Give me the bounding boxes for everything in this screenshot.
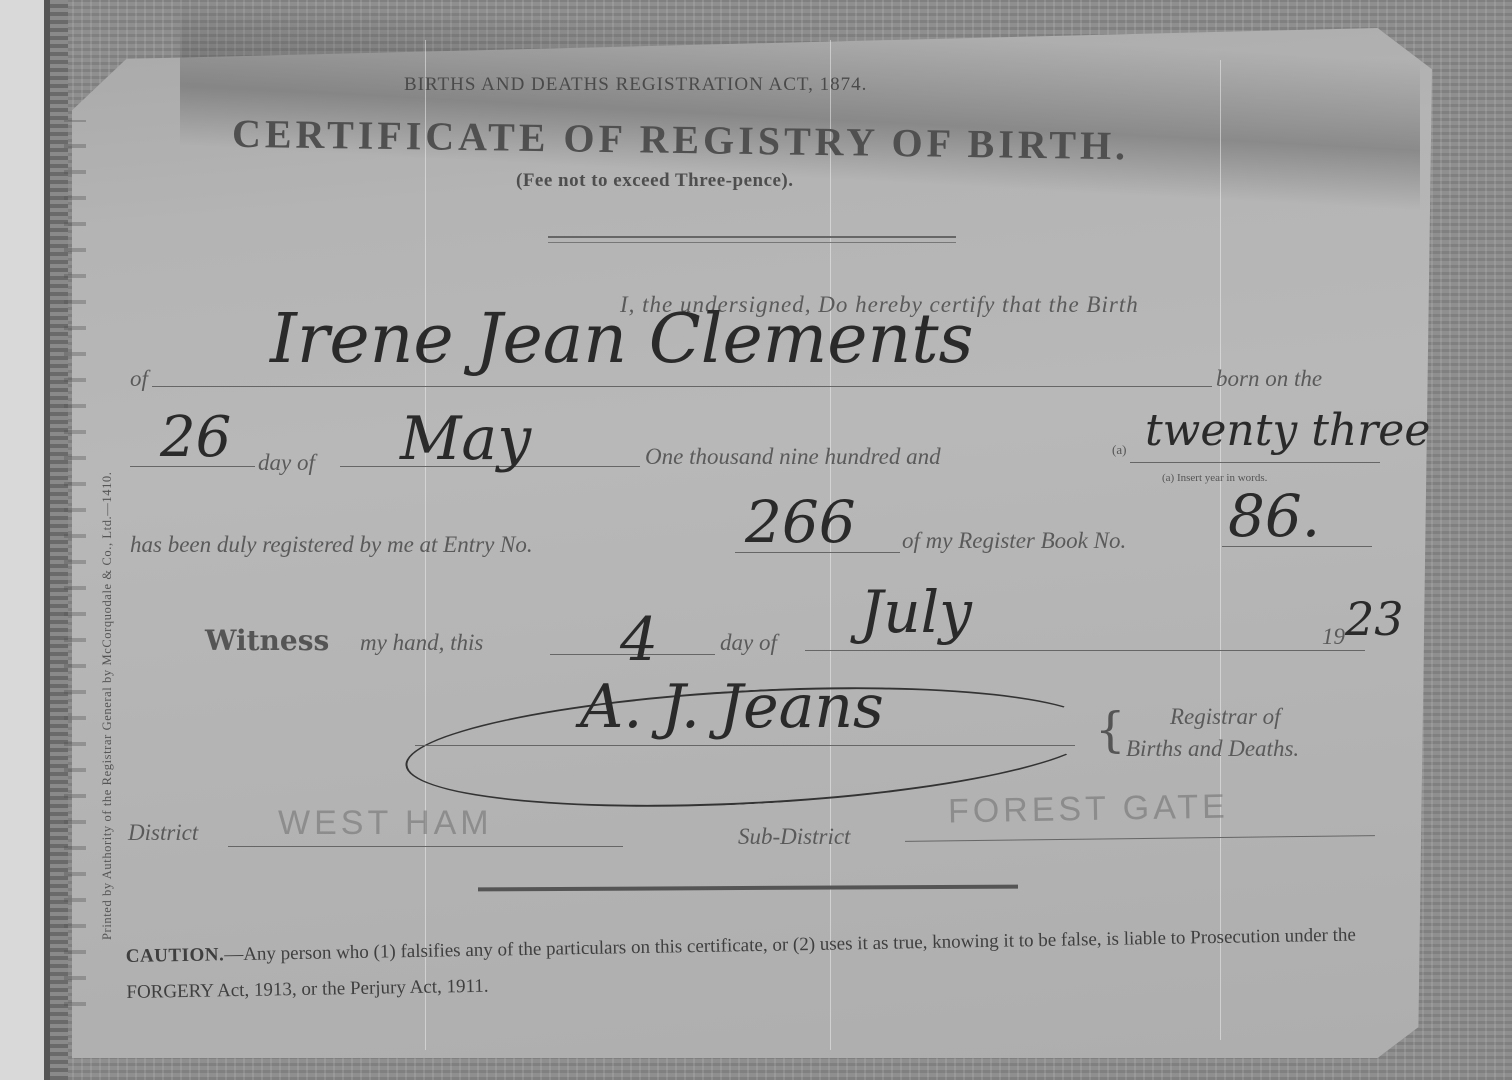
register-book-number: 86. (1228, 482, 1320, 550)
name-field-line (152, 386, 1212, 387)
registered-text: has been duly registered by me at Entry … (130, 532, 533, 558)
district-stamp: WEST HAM (278, 804, 493, 843)
child-name: Irene Jean Clements (270, 300, 973, 379)
caution-label: CAUTION. (126, 944, 225, 967)
district-line (228, 846, 623, 847)
district-label: District (128, 820, 198, 846)
year-prefix: One thousand nine hundred and (645, 444, 941, 470)
witness-day-of-label: day of (720, 630, 777, 656)
decorative-border (64, 120, 86, 1020)
left-page-edge (0, 0, 50, 1080)
signature-line (415, 745, 1075, 746)
born-on-label: born on the (1216, 366, 1322, 392)
registrar-title-line2: Births and Deaths. (1126, 736, 1299, 762)
witness-year-suffix: 23 (1345, 592, 1404, 646)
witness-month: July (860, 578, 972, 646)
registrar-signature: A. J. Jeans (580, 672, 884, 742)
entry-number: 266 (745, 488, 856, 556)
birth-year-words: twenty three (1145, 405, 1430, 456)
birth-day: 26 (160, 405, 231, 470)
register-book-text: of my Register Book No. (902, 528, 1126, 554)
of-label: of (130, 366, 148, 392)
year-field-line (1130, 462, 1380, 463)
title-rule (548, 236, 956, 243)
birth-month: May (400, 404, 531, 474)
witness-year-prefix: 19 (1322, 624, 1345, 650)
subdistrict-label: Sub-District (738, 824, 850, 850)
subdistrict-stamp: FOREST GATE (948, 788, 1229, 832)
registrar-title-line1: Registrar of (1170, 704, 1281, 730)
witness-label: Witness (205, 624, 329, 657)
witness-month-line (805, 650, 1365, 651)
act-heading: BIRTHS AND DEATHS REGISTRATION ACT, 1874… (404, 74, 867, 96)
witness-text: my hand, this (360, 630, 483, 656)
fee-note: (Fee not to exceed Three-pence). (516, 170, 794, 192)
day-of-label: day of (258, 450, 315, 476)
fold-crease (1220, 60, 1221, 1040)
brace-icon: { (1095, 702, 1126, 758)
witness-day: 4 (620, 605, 658, 675)
printer-imprint: Printed by Authority of the Registrar Ge… (100, 471, 115, 940)
caution-text: —Any person who (1) falsifies any of the… (126, 925, 1356, 1003)
year-marker: (a) (1112, 442, 1126, 458)
